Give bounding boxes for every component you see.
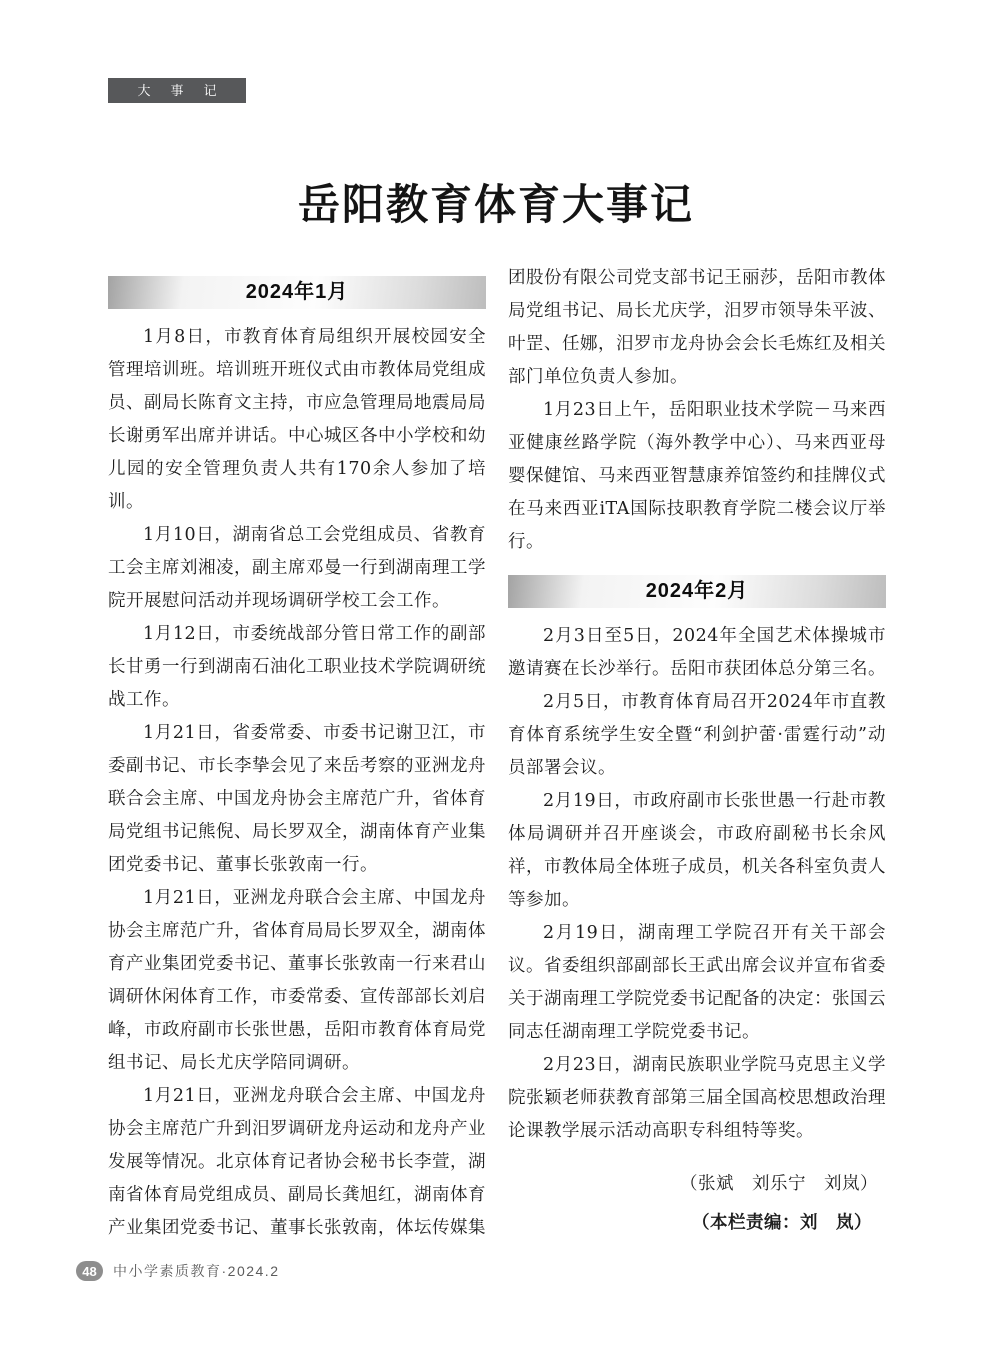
paragraph-jan23: 1月23日上午，岳阳职业技术学院－马来西亚健康丝路学院（海外教学中心）、马来西亚…	[508, 394, 886, 559]
article-title: 岳阳教育体育大事记	[0, 172, 992, 232]
section-heading-february: 2024年2月	[508, 575, 886, 608]
paragraph-jan10: 1月10日，湖南省总工会党组成员、省教育工会主席刘湘凌，副主席邓曼一行到湖南理工…	[108, 519, 486, 618]
paragraph-jan8: 1月8日，市教育体育局组织开展校园安全管理培训班。培训班开班仪式由市教体局党组成…	[108, 321, 486, 519]
paragraph-feb19-hnist: 2月19日，湖南理工学院召开有关干部会议。省委组织部副部长王武出席会议并宣布省委…	[508, 917, 886, 1049]
paragraph-jan21-meeting: 1月21日，省委常委、市委书记谢卫江，市委副书记、市长李挚会见了来岳考察的亚洲龙…	[108, 717, 486, 882]
paragraph-feb5: 2月5日，市教育体育局召开2024年市直教育体育系统学生安全暨“利剑护蕾·雷霆行…	[508, 686, 886, 785]
paragraph-feb23: 2月23日，湖南民族职业学院马克思主义学院张颖老师获教育部第三届全国高校思想政治…	[508, 1049, 886, 1148]
paragraph-jan21-miluo-part1: 1月21日，亚洲龙舟联合会主席、中国龙舟协会主席范广升到汨罗调研龙舟运动和龙舟产…	[108, 1080, 486, 1245]
paragraph-feb3-5: 2月3日至5日，2024年全国艺术体操城市邀请赛在长沙举行。岳阳市获团体总分第三…	[508, 620, 886, 686]
byline-editor: （本栏责编：刘 岚）	[508, 1206, 886, 1239]
article-body: 2024年1月 1月8日，市教育体育局组织开展校园安全管理培训班。培训班开班仪式…	[108, 262, 886, 1245]
paragraph-jan21-junshan: 1月21日，亚洲龙舟联合会主席、中国龙舟协会主席范广升，省体育局局长罗双全，湖南…	[108, 882, 486, 1080]
journal-name: 中小学素质教育·2024.2	[113, 1261, 279, 1281]
section-heading-january: 2024年1月	[108, 276, 486, 309]
magazine-page: 大事记 岳阳教育体育大事记 2024年1月 1月8日，市教育体育局组织开展校园安…	[0, 0, 992, 1346]
page-footer: 48 中小学素质教育·2024.2	[76, 1261, 279, 1281]
column-section-tag: 大事记	[108, 78, 246, 103]
right-column: 团股份有限公司党支部书记王丽莎，岳阳市教体局党组书记、局长尤庆学，汨罗市领导朱平…	[508, 262, 886, 1245]
paragraph-jan12: 1月12日，市委统战部分管日常工作的副部长甘勇一行到湖南石油化工职业技术学院调研…	[108, 618, 486, 717]
byline-authors: （张斌 刘乐宁 刘岚）	[508, 1168, 886, 1201]
paragraph-jan21-miluo-part2: 团股份有限公司党支部书记王丽莎，岳阳市教体局党组书记、局长尤庆学，汨罗市领导朱平…	[508, 262, 886, 394]
byline: （张斌 刘乐宁 刘岚） （本栏责编：刘 岚）	[508, 1168, 886, 1239]
left-column: 2024年1月 1月8日，市教育体育局组织开展校园安全管理培训班。培训班开班仪式…	[108, 262, 486, 1245]
paragraph-feb19-visit: 2月19日，市政府副市长张世愚一行赴市教体局调研并召开座谈会，市政府副秘书长余风…	[508, 785, 886, 917]
page-number-badge: 48	[76, 1261, 103, 1281]
